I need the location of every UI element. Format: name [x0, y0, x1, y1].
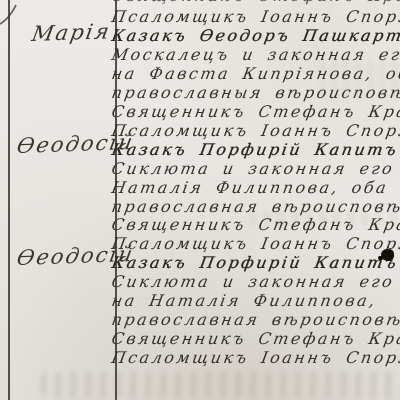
manuscript-line: Казакъ Порфирій Капитъ — [110, 253, 400, 273]
register-scan-page: Марія Ѳеодосій Ѳеодосій Священникъ Стефа… — [0, 0, 400, 400]
manuscript-line: Псаломщикъ Іоаннъ Спорж — [110, 234, 400, 254]
manuscript-line: Сиклюта и законная его жен — [110, 159, 400, 179]
manuscript-line: Псаломщикъ Іоаннъ Спорж — [110, 7, 400, 27]
manuscript-line: Священникъ Стефанъ Красновскій — [110, 215, 400, 235]
manuscript-line: Священникъ Стефанъ Красновскій — [110, 329, 400, 349]
margin-name-maria: Марія — [30, 19, 113, 46]
manuscript-line: Священникъ Стефанъ Красновскій — [110, 102, 400, 122]
manuscript-line: православныя вѣроисповѣданія — [110, 83, 400, 103]
manuscript-line: Псаломщикъ Іоаннъ Спорж — [110, 121, 400, 141]
manuscript-line: Казакъ Порфирій Капитъ — — [110, 140, 400, 160]
column-rule-left — [8, 0, 10, 400]
bleed-through-bottom — [40, 372, 400, 398]
manuscript-line: Казакъ Ѳеодоръ Пашкартовъ — [110, 26, 400, 46]
ink-blot — [381, 249, 394, 261]
manuscript-line: на Наталія Филиппова, — [110, 291, 400, 311]
pen-flourish-mark — [0, 4, 20, 26]
manuscript-line: православная вѣроисповѣданія — [110, 197, 400, 217]
manuscript-line: православная вѣроисповѣданія — [110, 310, 400, 330]
manuscript-line: Москалецъ и законная его ж- — [110, 45, 400, 65]
manuscript-line: Священникъ Стефанъ Красновскій — [110, 0, 400, 6]
manuscript-line: на Фавста Кипріянова, оба — [110, 64, 400, 84]
manuscript-line: Псаломщикъ Іоаннъ Спорж — [110, 348, 400, 368]
manuscript-line: Сиклюта и законная его же- — [110, 272, 400, 292]
manuscript-line: Наталія Филиппова, оба — [110, 178, 400, 198]
